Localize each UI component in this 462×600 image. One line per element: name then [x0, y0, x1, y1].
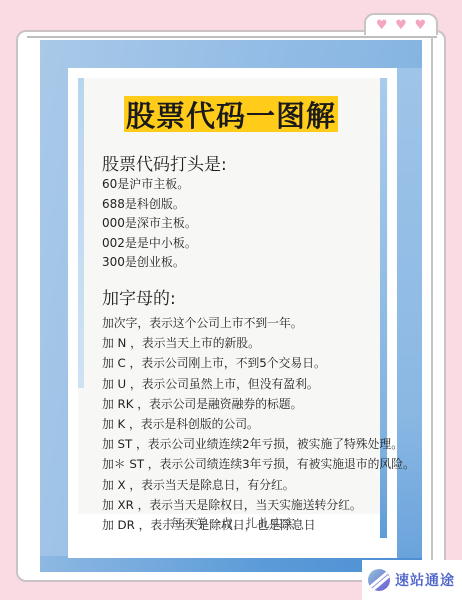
heart-icon: ♥	[395, 19, 407, 32]
list-item: 002是是中小板。	[102, 234, 197, 254]
paper-left-strip	[78, 78, 84, 388]
list-item: 加 ST ，表示公司业绩连续2年亏损，被实施了特殊处理。	[102, 434, 415, 454]
prefix-section-heading: 股票代码打头是:	[102, 150, 227, 175]
frame-divider	[27, 36, 437, 38]
letters-section-heading: 加字母的:	[102, 284, 176, 309]
watermark-text: 速站通途	[395, 570, 455, 590]
title-badge: 股票代码一图解	[124, 96, 338, 132]
heart-tab: ♥ ♥ ♥	[364, 13, 438, 35]
watermark: 速站通途	[362, 560, 462, 600]
prefix-list: 60是沪市主板。 688是科创版。 000是深市主板。 002是是中小板。 30…	[102, 175, 197, 273]
list-item: 加 XR ，表示当天是除权日，当天实施送转分红。	[102, 495, 415, 515]
mountain-logo-icon	[368, 569, 390, 591]
list-item: 加＊ ST ，表示公司绩连续3年亏损，有被实施退市的风险。	[102, 454, 415, 474]
heart-icon: ♥	[414, 19, 426, 32]
list-item: 加次字，表示这个公司上市不到一年。	[102, 313, 415, 333]
list-item: 加 RK ，表示公司是融资融券的标题。	[102, 394, 415, 414]
list-item: 688是科创版。	[102, 195, 197, 215]
footer-motto: |每天学一点，扎扎实实	[0, 515, 462, 531]
list-item: 加 K ，表示是科创版的公司。	[102, 414, 415, 434]
page-title: 股票代码一图解	[126, 94, 336, 135]
list-item: 300是创业板。	[102, 253, 197, 273]
frame-right-divider	[431, 36, 433, 576]
list-item: 000是深市主板。	[102, 214, 197, 234]
list-item: 加 U ，表示公司虽然上市，但没有盈利。	[102, 374, 415, 394]
list-item: 加 C ，表示公司刚上市，不到5个交易日。	[102, 353, 415, 373]
list-item: 60是沪市主板。	[102, 175, 197, 195]
heart-icon: ♥	[376, 19, 388, 32]
list-item: 加 N ，表示当天上市的新股。	[102, 333, 415, 353]
letters-list: 加次字，表示这个公司上市不到一年。 加 N ，表示当天上市的新股。 加 C ，表…	[102, 313, 415, 535]
list-item: 加 X ，表示当天是除息日，有分红。	[102, 475, 415, 495]
